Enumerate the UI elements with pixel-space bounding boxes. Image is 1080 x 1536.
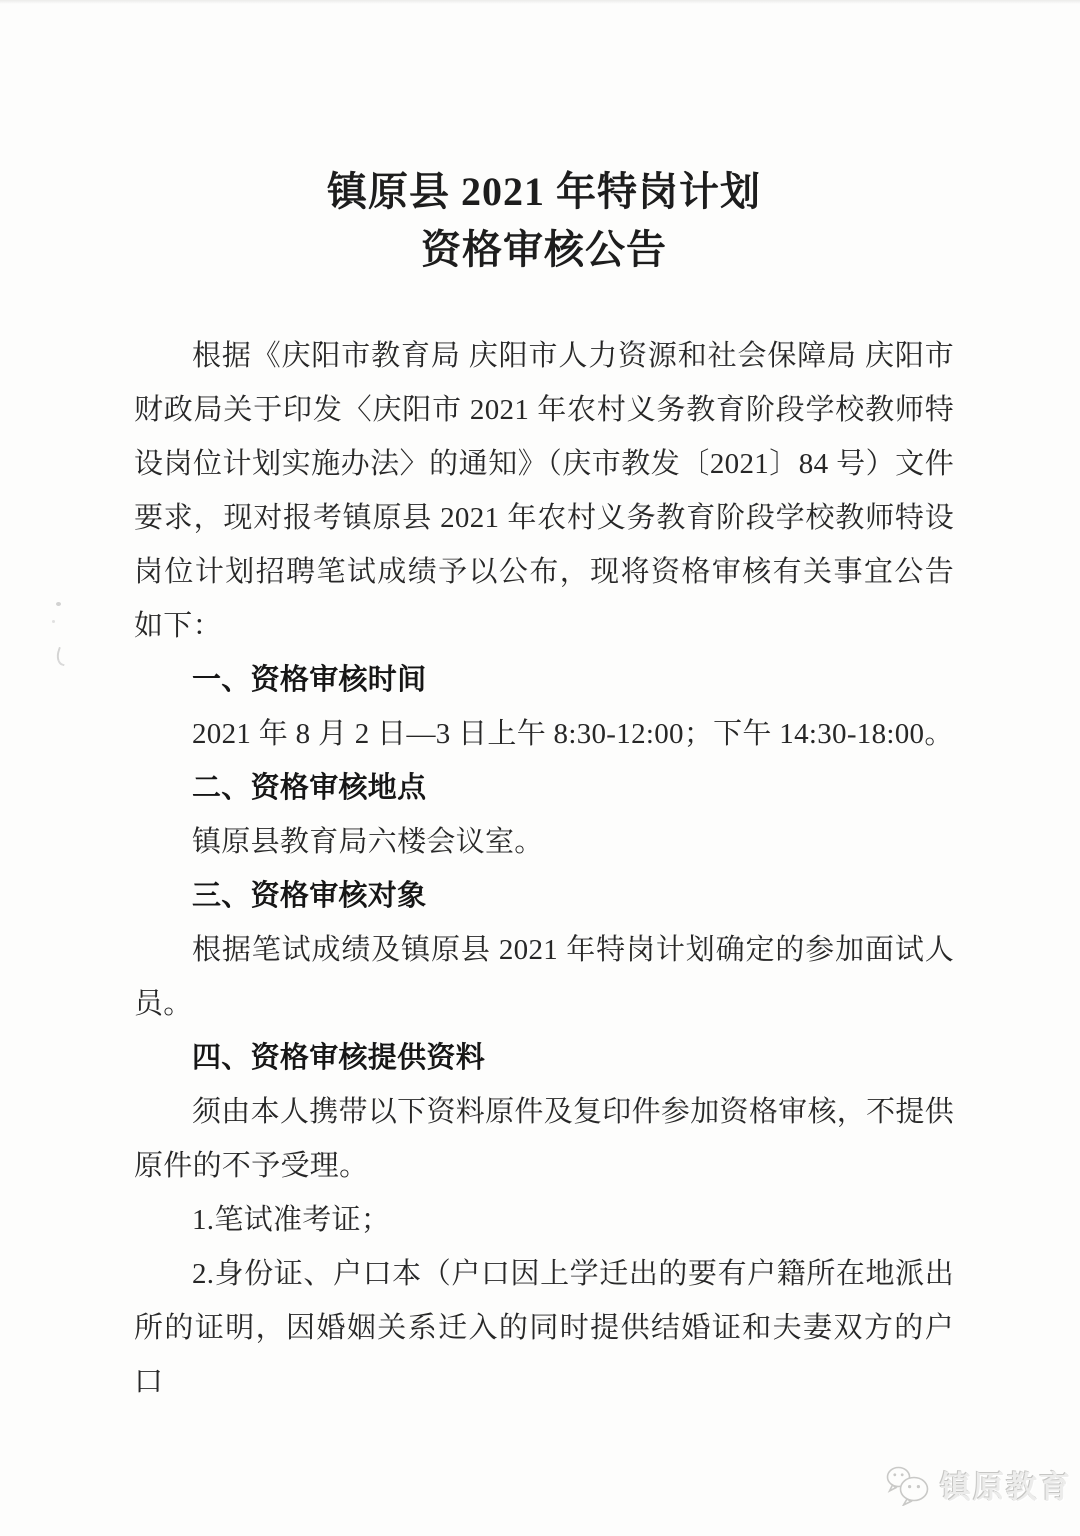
scan-speck xyxy=(52,620,55,623)
section-3-body: 根据笔试成绩及镇原县 2021 年特岗计划确定的参加面试人员。 xyxy=(134,923,954,1031)
section-1-heading: 一、资格审核时间 xyxy=(134,653,954,707)
section-2-body: 镇原县教育局六楼会议室。 xyxy=(134,815,954,869)
document-title: 镇原县 2021 年特岗计划 资格审核公告 xyxy=(134,163,954,279)
section-4-body: 须由本人携带以下资料原件及复印件参加资格审核，不提供原件的不予受理。 xyxy=(134,1085,954,1193)
scan-edge-artifact xyxy=(0,0,1080,4)
intro-paragraph: 根据《庆阳市教育局 庆阳市人力资源和社会保障局 庆阳市财政局关于印发〈庆阳市 2… xyxy=(134,329,954,653)
publisher-watermark: 镇原教育 xyxy=(884,1462,1072,1507)
section-4-heading: 四、资格审核提供资料 xyxy=(134,1031,954,1085)
section-2-heading: 二、资格审核地点 xyxy=(134,761,954,815)
scan-speck xyxy=(54,647,70,667)
title-line-1: 镇原县 2021 年特岗计划 xyxy=(134,163,954,221)
scanned-announcement-page: 镇原县 2021 年特岗计划 资格审核公告 根据《庆阳市教育局 庆阳市人力资源和… xyxy=(0,0,1080,1536)
wechat-icon xyxy=(884,1464,934,1506)
scan-speck xyxy=(56,602,61,606)
section-4-item-2: 2.身份证、户口本（户口因上学迁出的要有户籍所在地派出所的证明，因婚姻关系迁入的… xyxy=(134,1247,954,1409)
section-1-body: 2021 年 8 月 2 日—3 日上午 8:30-12:00；下午 14:30… xyxy=(134,707,954,761)
watermark-label: 镇原教育 xyxy=(940,1462,1072,1507)
title-line-2: 资格审核公告 xyxy=(134,221,954,279)
section-3-heading: 三、资格审核对象 xyxy=(134,869,954,923)
section-4-item-1: 1.笔试准考证； xyxy=(134,1193,954,1247)
document-body: 镇原县 2021 年特岗计划 资格审核公告 根据《庆阳市教育局 庆阳市人力资源和… xyxy=(134,163,954,1409)
